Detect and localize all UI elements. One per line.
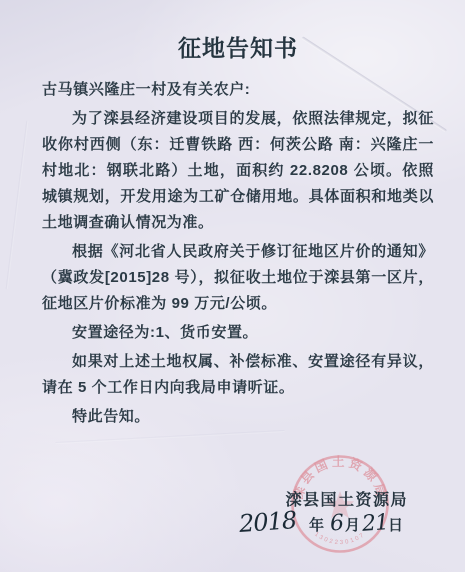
notice-body: 征地告知书 古马镇兴隆庄一村及有关农户: 为了滦县经济建设项目的发展，依照法律规… [0,30,465,430]
paragraph-compensation-standard: 根据《河北省人民政府关于修订征地区片价的通知》（冀政发[2015]28 号），拟… [42,239,434,317]
notice-title: 征地告知书 [42,30,434,63]
signature-date-line: 2018 年 6 月 21 日 [239,508,403,536]
paragraph-closing: 特此告知。 [42,404,434,430]
month-label: 月 [345,514,360,535]
paper-crease-bottom [55,430,285,444]
handwritten-day: 21 [361,510,389,537]
year-label: 年 [309,514,324,535]
handwritten-month: 6 [329,511,345,537]
salutation-line: 古马镇兴隆庄一村及有关农户: [42,77,434,103]
signature-agency-name: 滦县国土资源局 [285,487,408,510]
scanned-notice-document: 滦县国土资源局 1302230107 征地告知书 古马镇兴隆庄一村及有关农户: … [0,0,465,572]
handwritten-year: 2018 [238,506,297,538]
paragraph-land-scope: 为了滦县经济建设项目的发展，依照法律规定，拟征收你村西侧（东：迁曹铁路 西：何茨… [42,106,434,236]
paragraph-resettlement: 安置途径为:1、货币安置。 [42,320,434,346]
paragraph-hearing-rights: 如果对上述土地权属、补偿标准、安置途径有异议，请在 5 个工作日内向我局申请听证… [42,349,434,401]
day-label: 日 [388,514,403,535]
